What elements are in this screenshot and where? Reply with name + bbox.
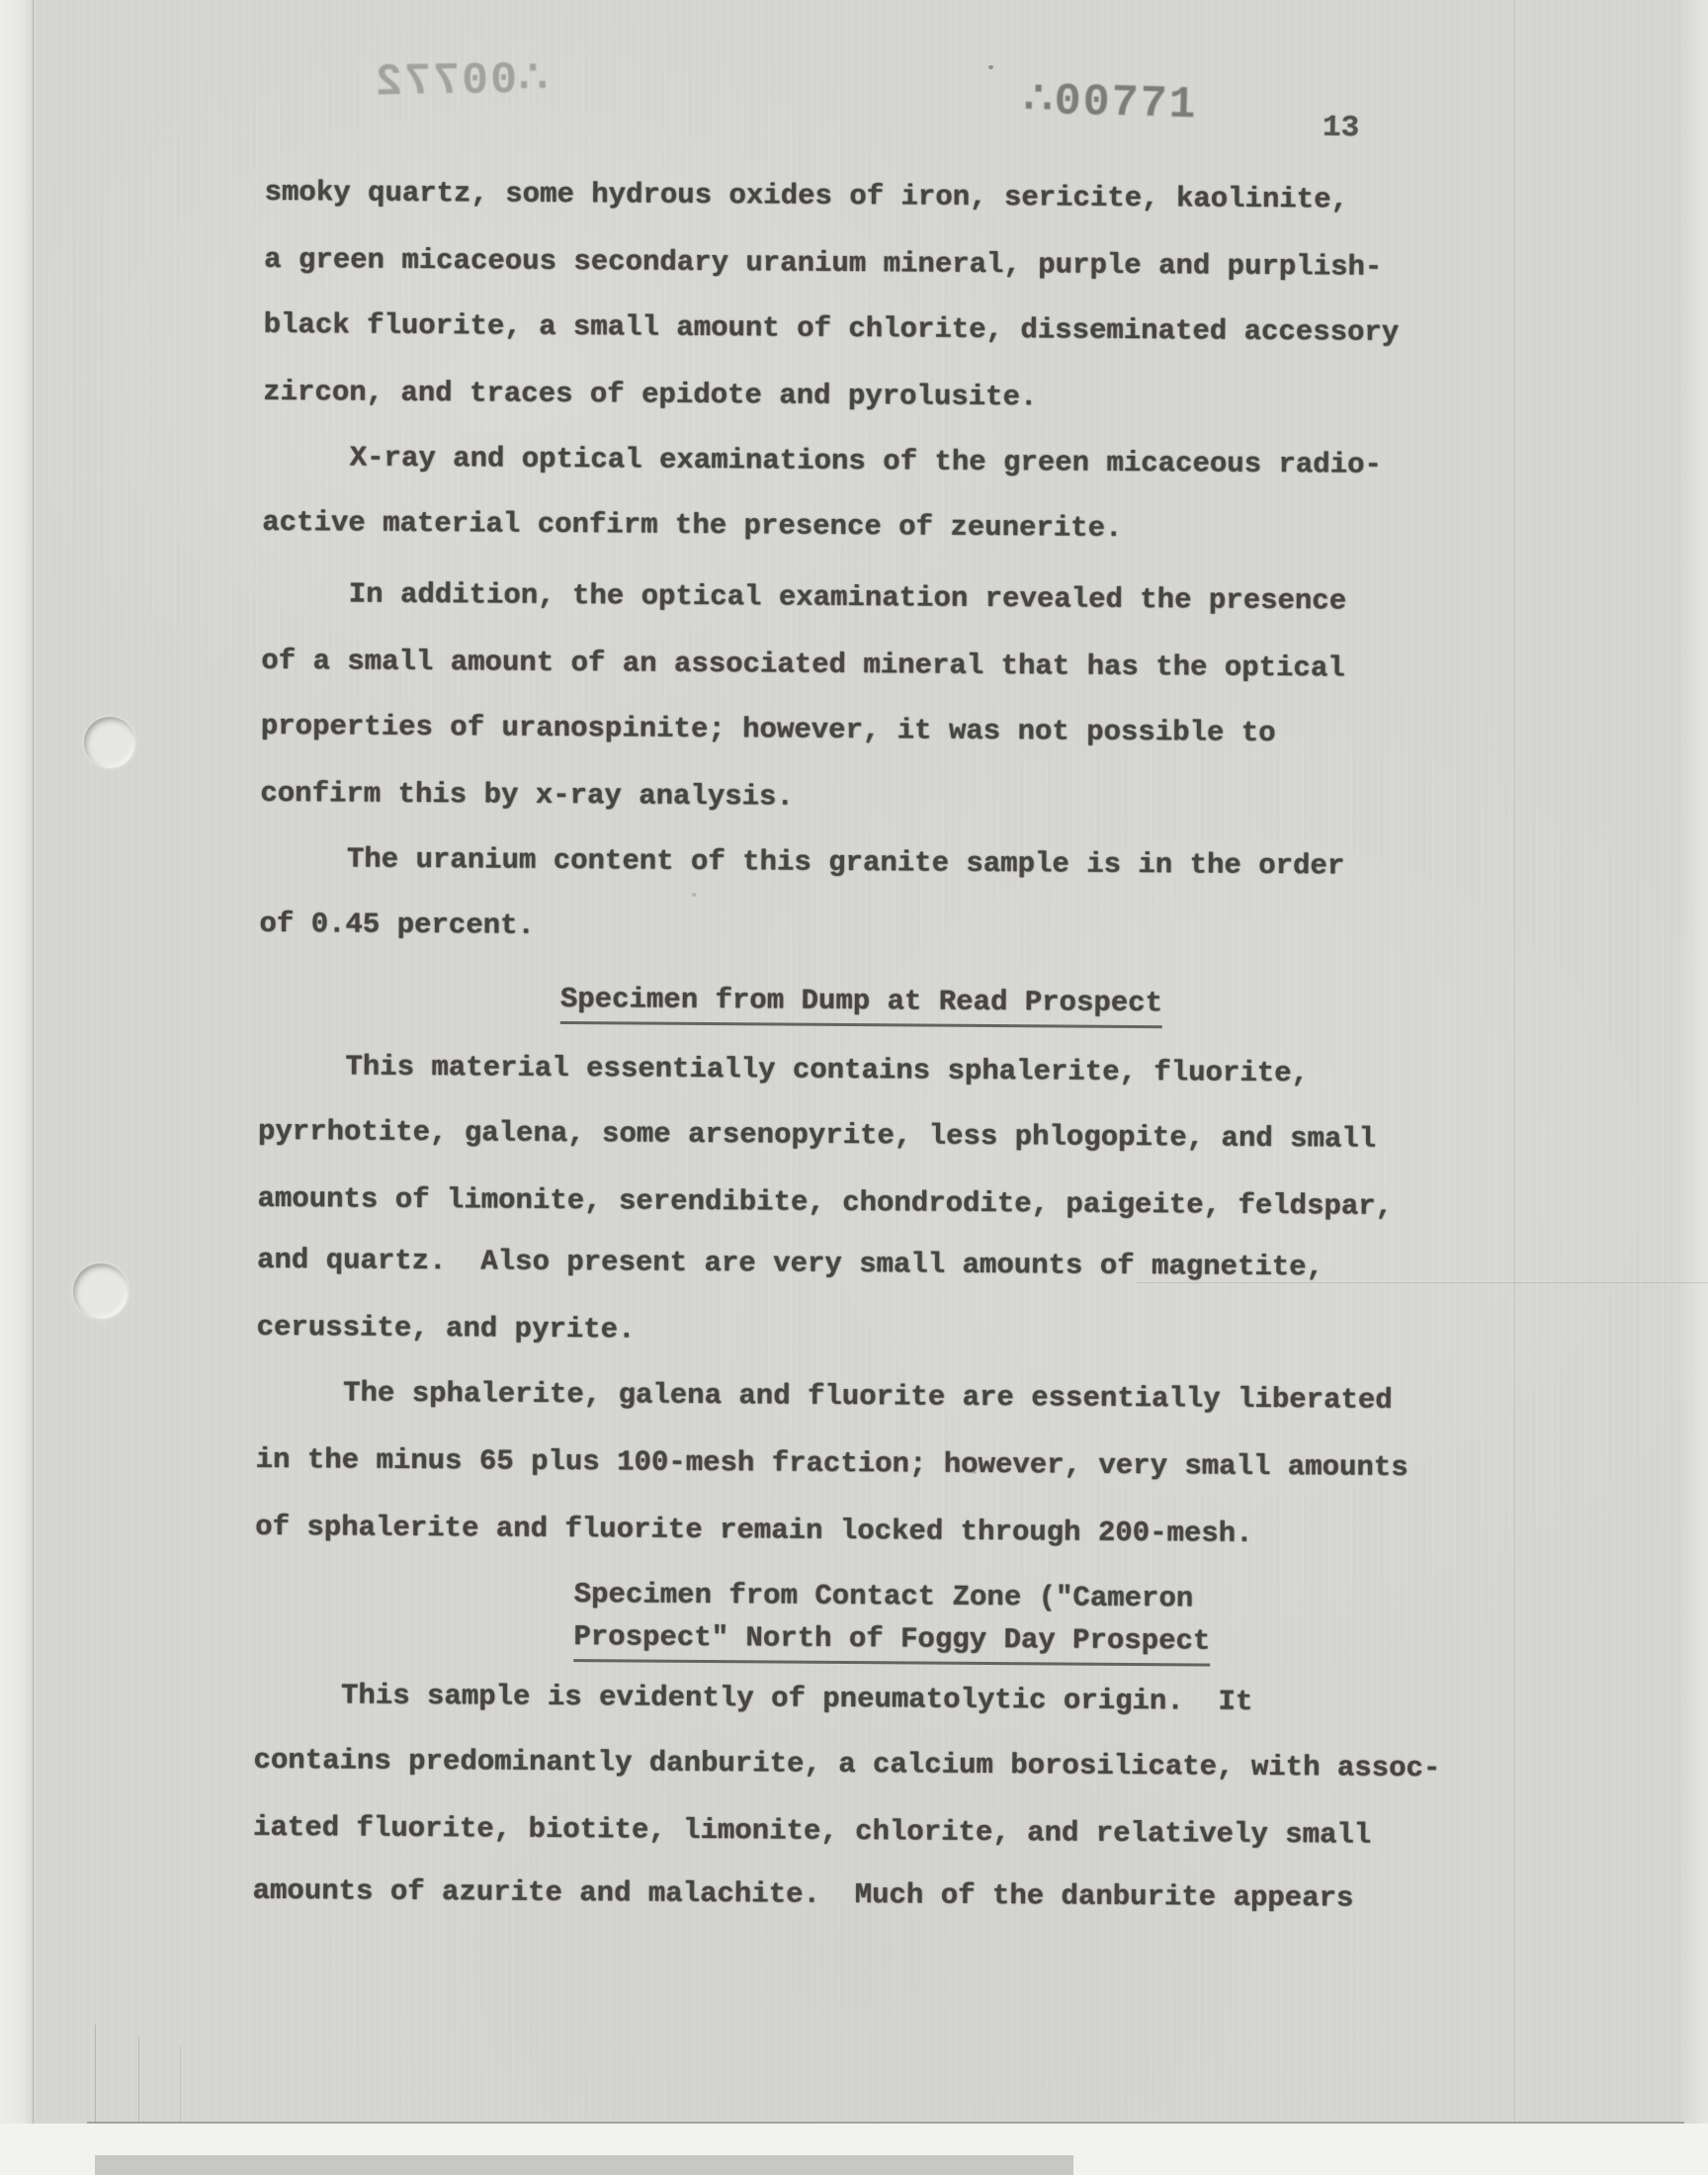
text-line: properties of uranospinite; however, it … <box>261 710 1276 750</box>
text-line: The uranium content of this granite samp… <box>347 842 1345 883</box>
text-line: This material essentially contains sphal… <box>345 1050 1309 1090</box>
text-line: a green micaceous secondary uranium mine… <box>264 243 1382 285</box>
text-line: active material confirm the presence of … <box>262 506 1122 546</box>
text-line: smoky quartz, some hydrous oxides of iro… <box>264 176 1348 217</box>
text-line: and quartz. Also present are very small … <box>257 1244 1324 1285</box>
text-line: in the minus 65 plus 100-mesh fraction; … <box>256 1443 1409 1485</box>
text-line: black fluorite, a small amount of chlori… <box>264 308 1400 350</box>
section-heading: Prospect" North of Foggy Day Prospect <box>573 1620 1210 1666</box>
text-line: X-ray and optical examinations of the gr… <box>350 441 1382 481</box>
text-line: cerussite, and pyrite. <box>256 1311 635 1348</box>
text-line: This sample is evidently of pneumatolyti… <box>341 1679 1253 1718</box>
text-line: zircon, and traces of epidote and pyrolu… <box>263 376 1037 414</box>
text-line: iated fluorite, biotite, limonite, chlor… <box>253 1811 1371 1853</box>
text-line: pyrrhotite, galena, some arsenopyrite, l… <box>258 1115 1376 1157</box>
text-line: amounts of limonite, serendibite, chondr… <box>257 1182 1393 1224</box>
text-line: contains predominantly danburite, a calc… <box>253 1744 1440 1785</box>
text-line: confirm this by x-ray analysis. <box>260 777 794 815</box>
scanned-document-screenshot: { "page": { "number": "13", "stamp_left_… <box>0 0 1708 2175</box>
scan-bottom-strip <box>95 2155 1073 2175</box>
text-line: The sphalerite, galena and fluorite are … <box>343 1376 1393 1417</box>
text-line: of a small amount of an associated miner… <box>261 645 1345 686</box>
text-line: amounts of azurite and malachite. Much o… <box>252 1874 1353 1916</box>
text-line: of 0.45 percent. <box>259 908 535 943</box>
text-line: In addition, the optical examination rev… <box>349 577 1347 618</box>
text-line: of sphalerite and fluorite remain locked… <box>255 1511 1253 1551</box>
section-heading: Specimen from Contact Zone ("Cameron <box>574 1578 1194 1615</box>
section-heading: Specimen from Dump at Read Prospect <box>560 983 1162 1028</box>
typewritten-text-block: smoky quartz, some hydrous oxides of iro… <box>0 0 1708 2130</box>
